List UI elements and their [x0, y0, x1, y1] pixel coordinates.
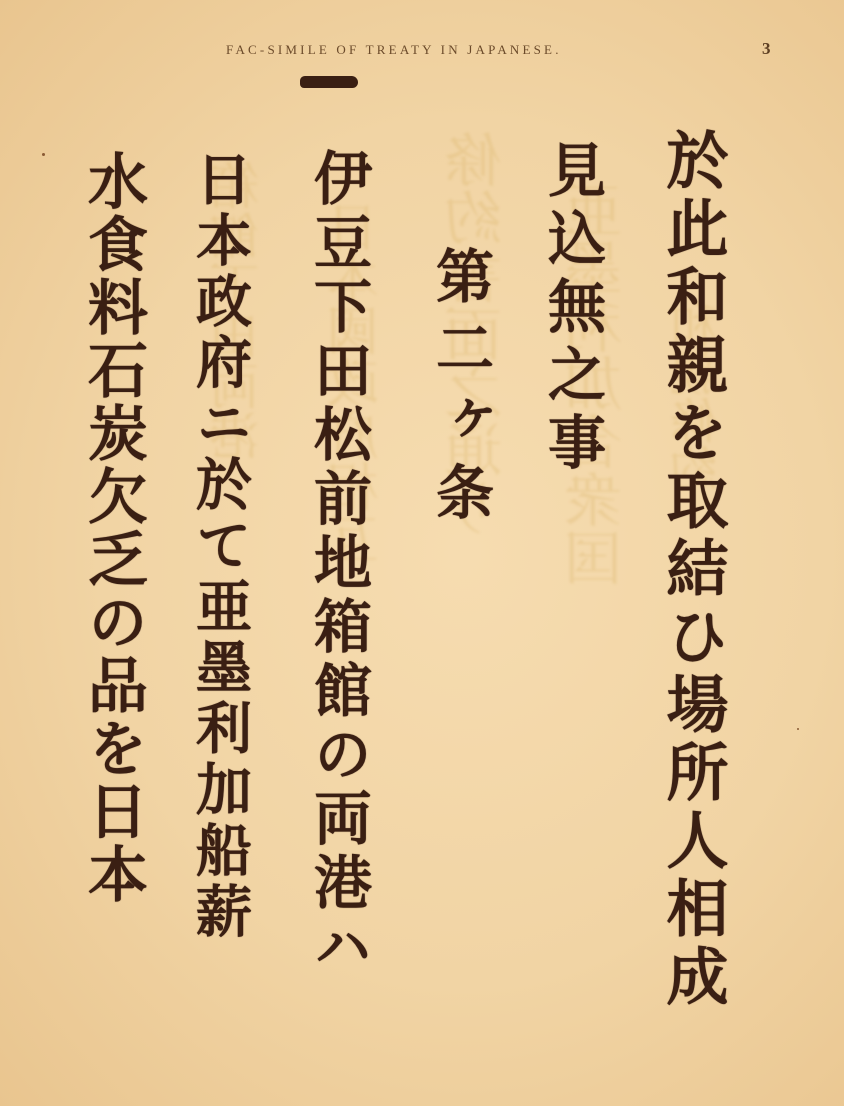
item-marker-dash — [300, 76, 358, 88]
running-head: FAC-SIMILE OF TREATY IN JAPANESE. — [226, 42, 646, 58]
calligraphy-column-4: 伊豆下田松前地箱館の両港ハ — [296, 148, 380, 980]
paper-speck — [42, 153, 45, 156]
article-heading-column: 第二ヶ条 — [418, 246, 502, 534]
book-page: 條約書面之通り 亜墨利加合衆国 日本國政府相互 箱館下田両港 和親條約 FAC-… — [0, 0, 844, 1106]
paper-speck — [797, 728, 799, 730]
calligraphy-column-5: 日本政府ニ於て亜墨利加船薪 — [180, 150, 260, 943]
calligraphy-column-1: 於此和親を取結ひ場所人相成 — [648, 128, 737, 1012]
calligraphy-column-2: 見込無之事 — [530, 140, 614, 480]
page-number: 3 — [762, 39, 771, 59]
calligraphy-column-6: 水食料石炭欠乏の品を日本 — [70, 150, 156, 906]
